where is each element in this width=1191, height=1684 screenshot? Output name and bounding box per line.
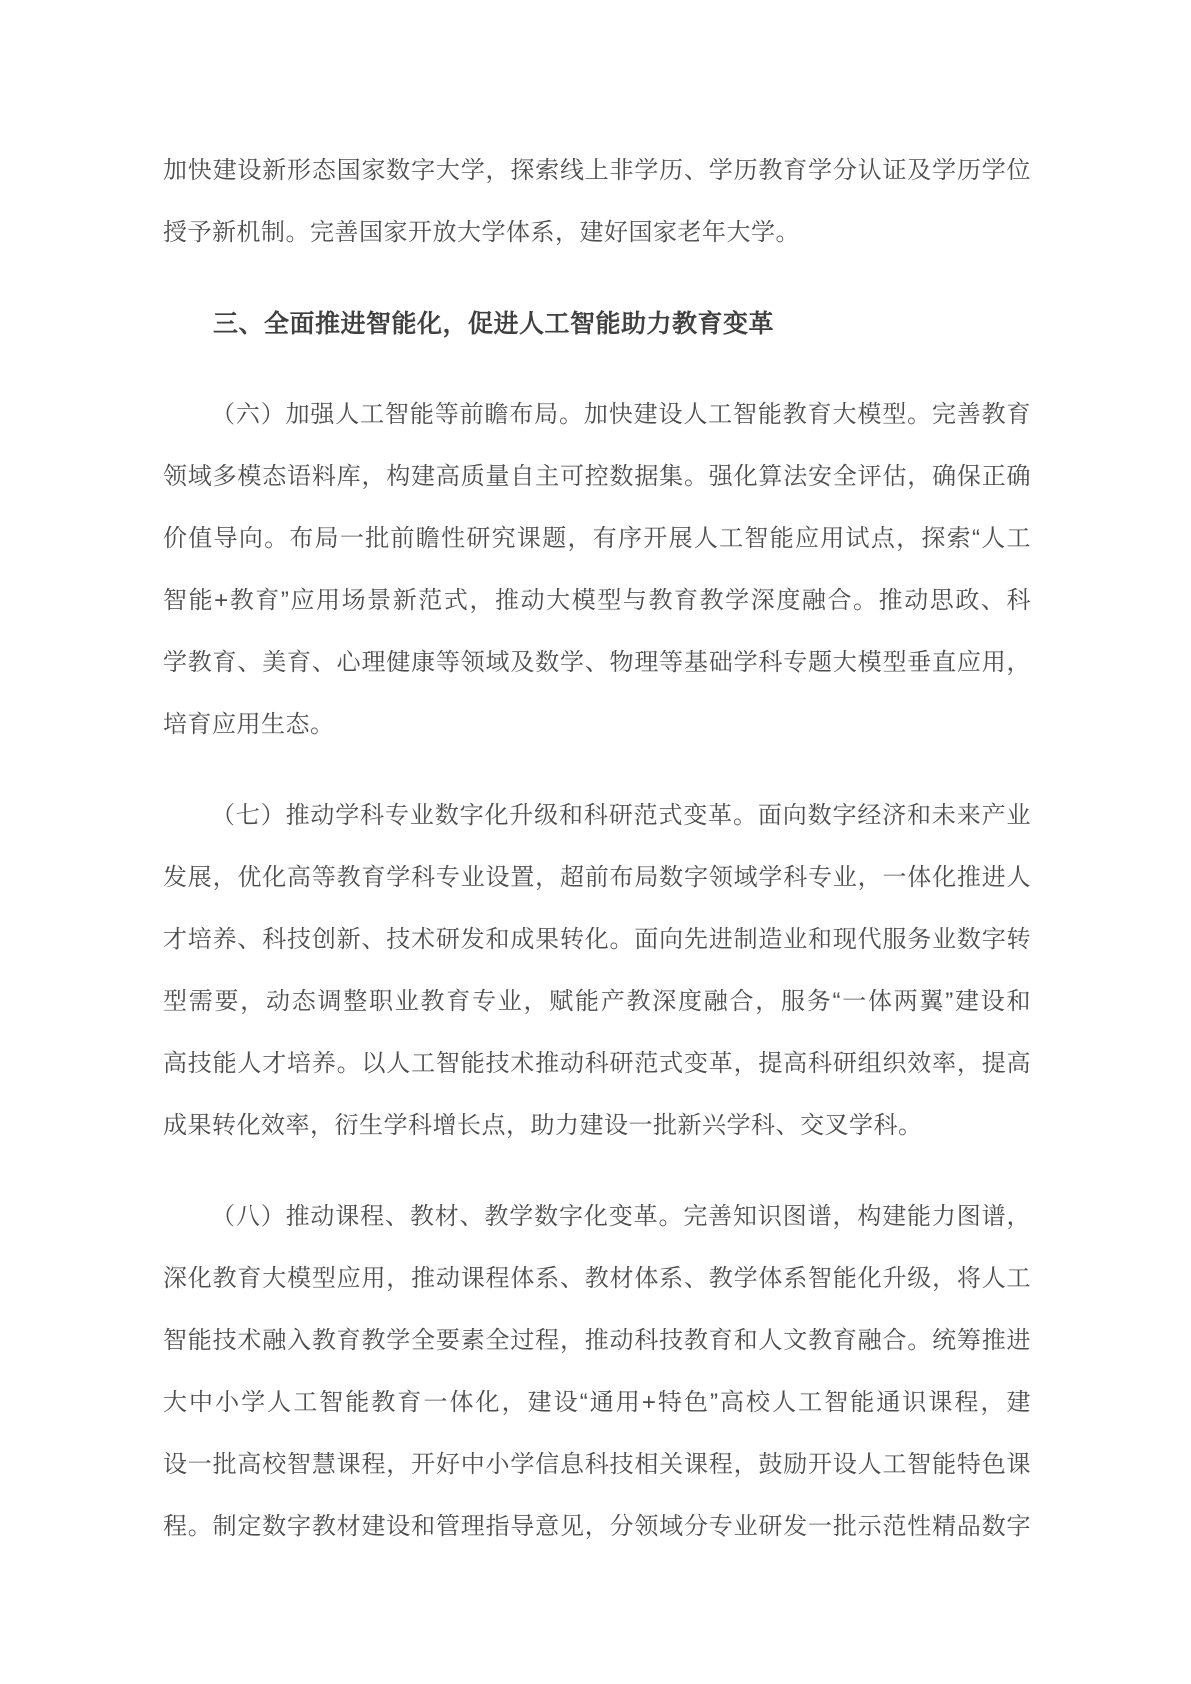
- text-line: 深化教育大模型应用，推动课程体系、教材体系、教学体系智能化升级，将人工: [163, 1248, 1031, 1310]
- text-line: 智能+教育”应用场景新范式，推动大模型与教育教学深度融合。推动思政、科: [163, 570, 1031, 632]
- document-content: 加快建设新形态国家数字大学，探索线上非学历、学历教育学分认证及学历学位授予新机制…: [163, 140, 1031, 1558]
- text-line: 培育应用生态。: [163, 694, 1031, 756]
- text-line: 大中小学人工智能教育一体化，建设“通用+特色”高校人工智能通识课程，建: [163, 1372, 1031, 1434]
- text-line: 成果转化效率，衍生学科增长点，助力建设一批新兴学科、交叉学科。: [163, 1095, 1031, 1157]
- text-line: 加快建设新形态国家数字大学，探索线上非学历、学历教育学分认证及学历学位: [163, 140, 1031, 202]
- paragraph: 加快建设新形态国家数字大学，探索线上非学历、学历教育学分认证及学历学位授予新机制…: [163, 140, 1031, 264]
- text-line: 程。制定数字教材建设和管理指导意见，分领域分专业研发一批示范性精品数字: [163, 1496, 1031, 1558]
- text-line: 高技能人才培养。以人工智能技术推动科研范式变革，提高科研组织效率，提高: [163, 1033, 1031, 1095]
- text-line: 智能技术融入教育教学全要素全过程，推动科技教育和人文教育融合。统筹推进: [163, 1310, 1031, 1372]
- text-line: 才培养、科技创新、技术研发和成果转化。面向先进制造业和现代服务业数字转: [163, 909, 1031, 971]
- paragraph: （八）推动课程、教材、教学数字化变革。完善知识图谱，构建能力图谱，深化教育大模型…: [163, 1186, 1031, 1558]
- text-line: （八）推动课程、教材、教学数字化变革。完善知识图谱，构建能力图谱，: [163, 1186, 1031, 1248]
- section-heading: 三、全面推进智能化，促进人工智能助力教育变革: [163, 293, 1031, 355]
- text-line: （六）加强人工智能等前瞻布局。加快建设人工智能教育大模型。完善教育: [163, 384, 1031, 446]
- text-line: （七）推动学科专业数字化升级和科研范式变革。面向数字经济和未来产业: [163, 785, 1031, 847]
- text-line: 领域多模态语料库，构建高质量自主可控数据集。强化算法安全评估，确保正确: [163, 446, 1031, 508]
- paragraph: （七）推动学科专业数字化升级和科研范式变革。面向数字经济和未来产业发展，优化高等…: [163, 785, 1031, 1157]
- text-line: 授予新机制。完善国家开放大学体系，建好国家老年大学。: [163, 202, 1031, 264]
- text-line: 发展，优化高等教育学科专业设置，超前布局数字领域学科专业，一体化推进人: [163, 847, 1031, 909]
- text-line: 设一批高校智慧课程，开好中小学信息科技相关课程，鼓励开设人工智能特色课: [163, 1434, 1031, 1496]
- heading-text-line: 三、全面推进智能化，促进人工智能助力教育变革: [163, 293, 1031, 355]
- paragraph: （六）加强人工智能等前瞻布局。加快建设人工智能教育大模型。完善教育领域多模态语料…: [163, 384, 1031, 756]
- document-page: 加快建设新形态国家数字大学，探索线上非学历、学历教育学分认证及学历学位授予新机制…: [0, 0, 1191, 1684]
- text-line: 型需要，动态调整职业教育专业，赋能产教深度融合，服务“一体两翼”建设和: [163, 971, 1031, 1033]
- text-line: 价值导向。布局一批前瞻性研究课题，有序开展人工智能应用试点，探索“人工: [163, 508, 1031, 570]
- text-line: 学教育、美育、心理健康等领域及数学、物理等基础学科专题大模型垂直应用，: [163, 632, 1031, 694]
